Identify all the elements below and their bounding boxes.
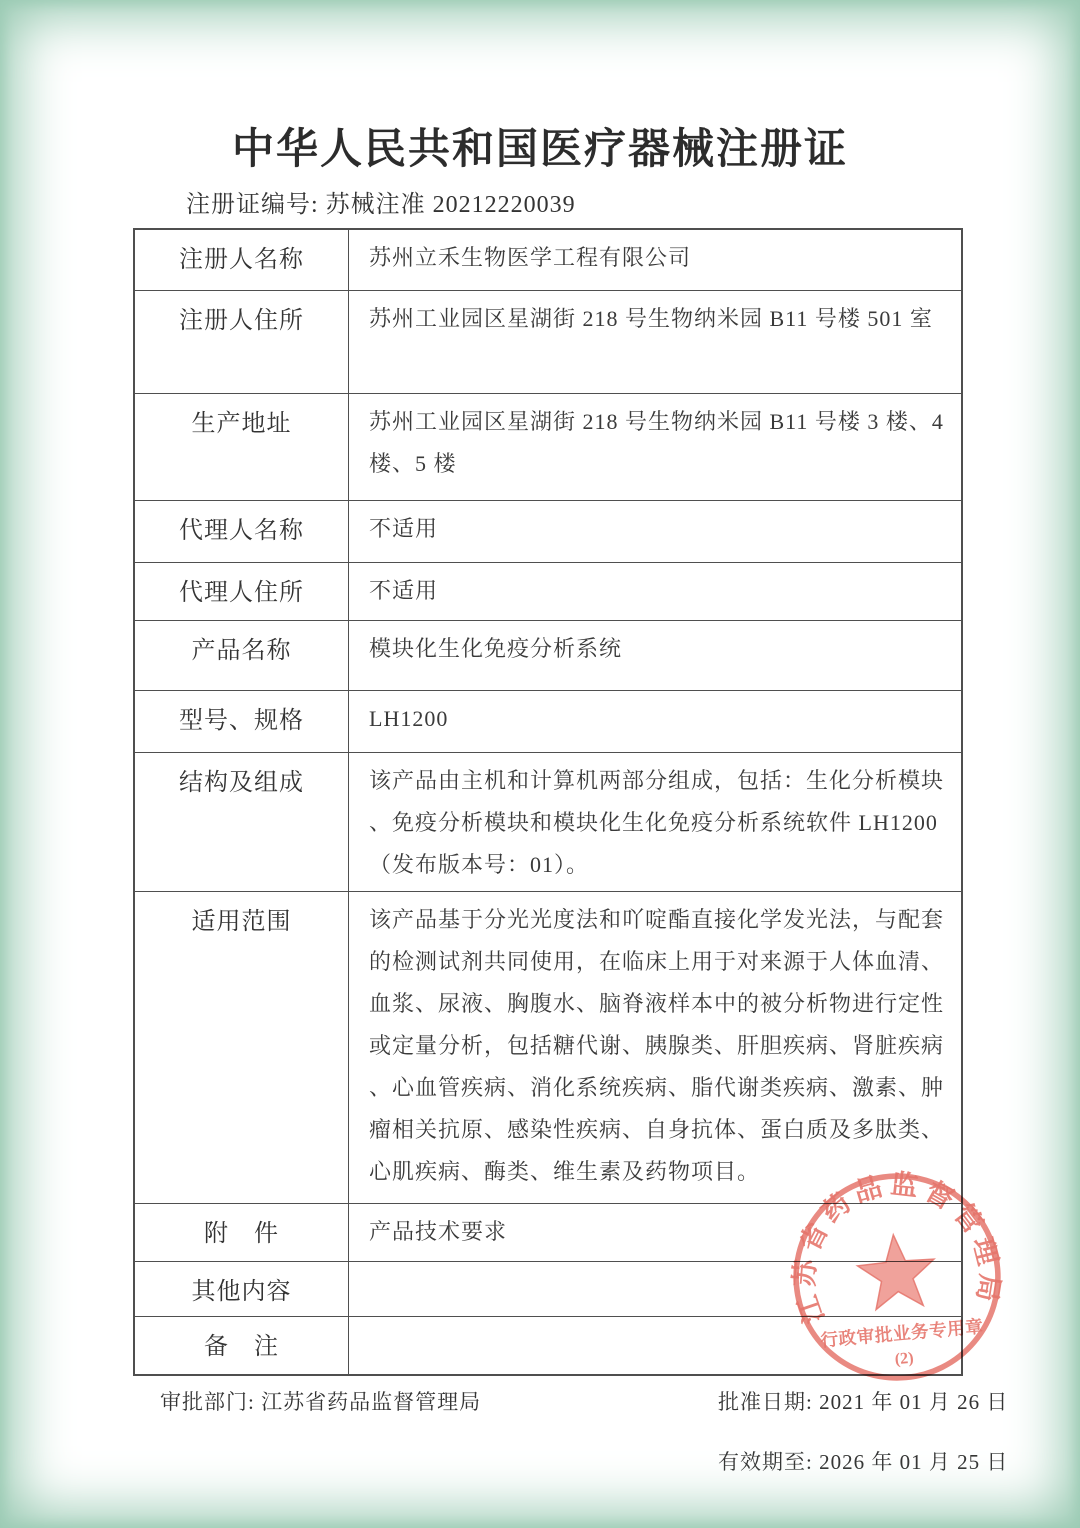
table-row-intended-use: 适用范围 该产品基于分光光度法和吖啶酯直接化学发光法，与配套的检测试剂共同使用，…	[135, 891, 961, 1203]
row-value: 苏州工业园区星湖街 218 号生物纳米园 B11 号楼 3 楼、4 楼、5 楼	[348, 394, 961, 500]
row-value: 苏州工业园区星湖街 218 号生物纳米园 B11 号楼 501 室	[348, 291, 961, 393]
table-row-registrant-address: 注册人住所 苏州工业园区星湖街 218 号生物纳米园 B11 号楼 501 室	[135, 290, 961, 393]
seal-line-text: 行政审批业务专用章	[820, 1315, 985, 1350]
table-row-registrant-name: 注册人名称 苏州立禾生物医学工程有限公司	[135, 230, 961, 290]
table-row-structure-composition: 结构及组成 该产品由主机和计算机两部分组成，包括：生化分析模块、免疫分析模块和模…	[135, 752, 961, 891]
row-label: 代理人名称	[135, 501, 348, 562]
row-label: 生产地址	[135, 394, 348, 500]
row-label: 代理人住所	[135, 563, 348, 620]
certificate-number-line: 注册证编号: 苏械注准 20212220039	[186, 184, 576, 219]
official-seal-stamp: 江苏省药品监督管理局 行政审批业务专用章 (2)	[777, 1157, 1018, 1398]
table-row-product-name: 产品名称 模块化生化免疫分析系统	[135, 620, 961, 690]
certificate-number-label: 注册证编号:	[186, 192, 326, 218]
row-label: 注册人名称	[135, 230, 348, 290]
seal-number-text: (2)	[894, 1350, 914, 1369]
row-label: 附 件	[135, 1204, 348, 1261]
table-row-model-spec: 型号、规格 LH1200	[135, 690, 961, 752]
valid-until-date: 有效期至: 2026 年 01 月 25 日	[718, 1446, 1008, 1476]
row-label: 备 注	[135, 1317, 348, 1374]
certificate-page: 中华人民共和国医疗器械注册证 注册证编号: 苏械注准 20212220039 注…	[0, 0, 1080, 1528]
row-label: 适用范围	[135, 892, 348, 1203]
table-row-agent-name: 代理人名称 不适用	[135, 500, 961, 562]
row-label: 注册人住所	[135, 291, 348, 393]
row-value: 该产品由主机和计算机两部分组成，包括：生化分析模块、免疫分析模块和模块化生化免疫…	[348, 753, 961, 891]
table-row-agent-address: 代理人住所 不适用	[135, 562, 961, 620]
certificate-number-value: 苏械注准 20212220039	[326, 192, 576, 218]
table-row-production-address: 生产地址 苏州工业园区星湖街 218 号生物纳米园 B11 号楼 3 楼、4 楼…	[135, 393, 961, 500]
row-value: 不适用	[348, 563, 961, 620]
approval-department: 审批部门: 江苏省药品监督管理局	[160, 1386, 481, 1416]
certificate-title: 中华人民共和国医疗器械注册证	[0, 116, 1080, 176]
seal-star-icon	[855, 1231, 938, 1310]
row-label: 型号、规格	[135, 691, 348, 752]
row-value: 该产品基于分光光度法和吖啶酯直接化学发光法，与配套的检测试剂共同使用，在临床上用…	[348, 892, 961, 1203]
row-value: LH1200	[348, 691, 961, 752]
seal-graphic: 江苏省药品监督管理局 行政审批业务专用章 (2)	[777, 1157, 1018, 1398]
row-label: 其他内容	[135, 1262, 348, 1316]
row-value: 模块化生化免疫分析系统	[348, 621, 961, 690]
row-label: 结构及组成	[135, 753, 348, 891]
row-value: 苏州立禾生物医学工程有限公司	[348, 230, 961, 290]
row-label: 产品名称	[135, 621, 348, 690]
row-value: 不适用	[348, 501, 961, 562]
